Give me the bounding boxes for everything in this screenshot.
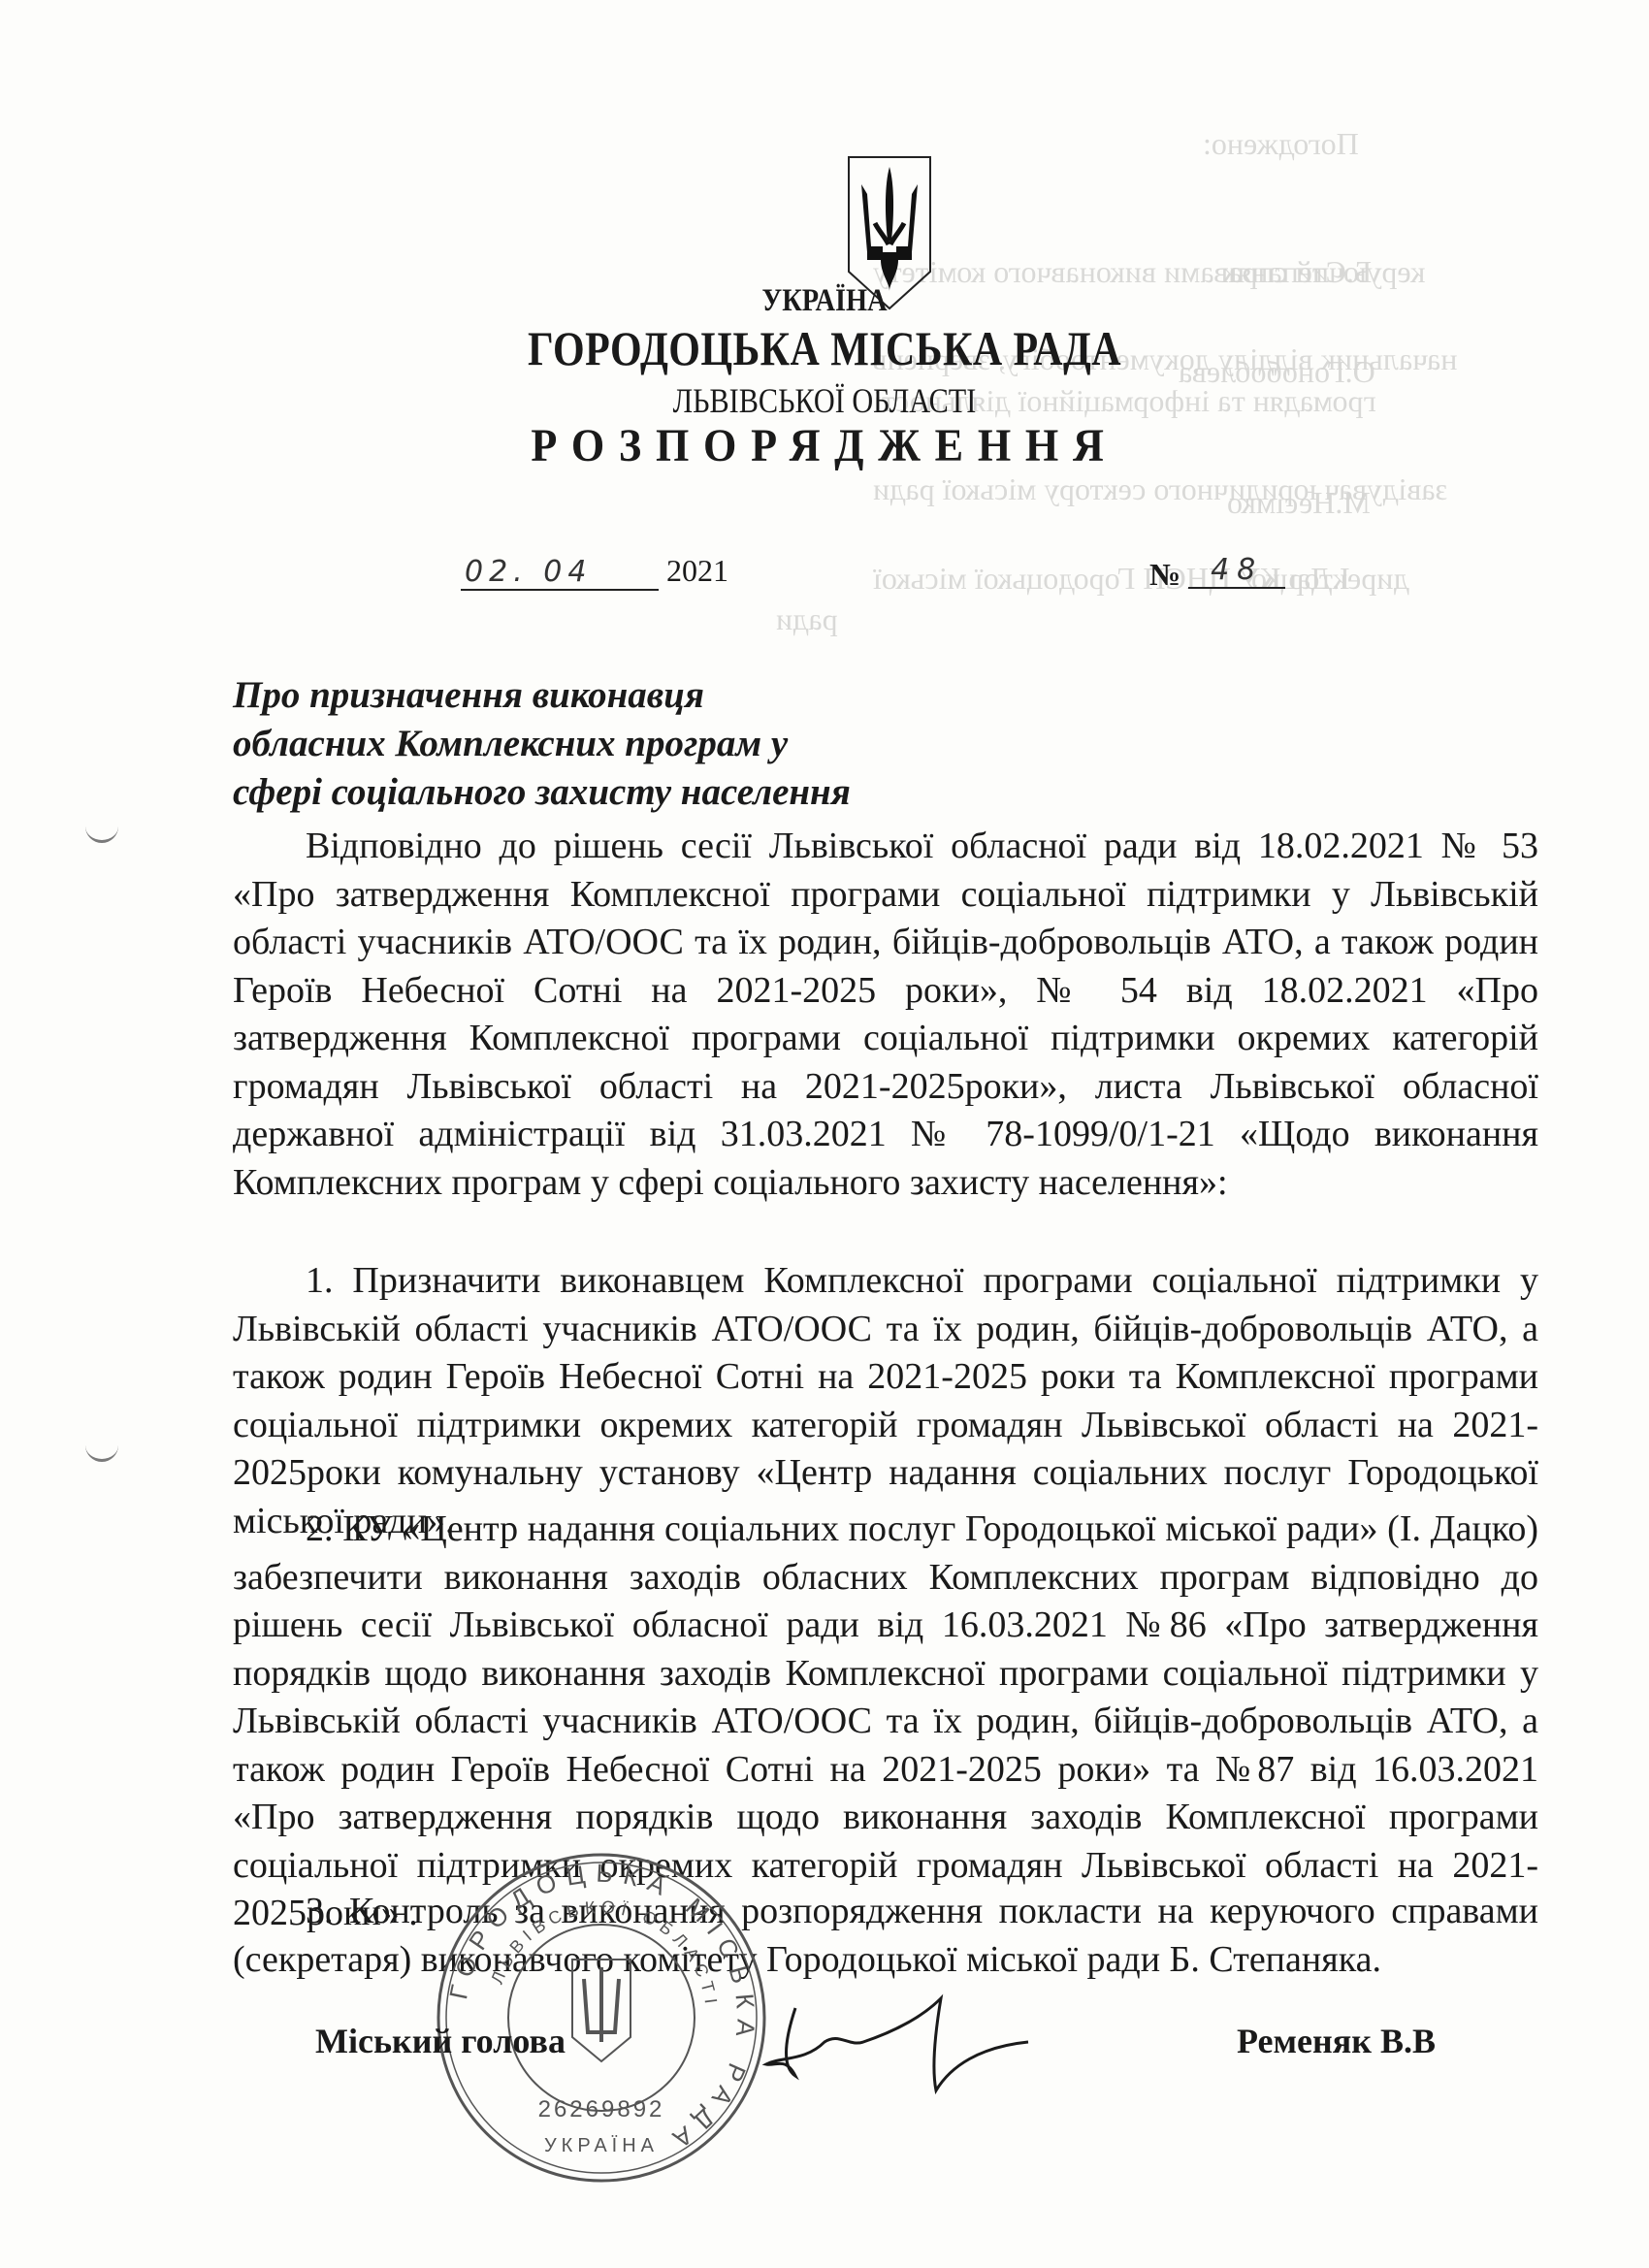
- preamble-paragraph: Відповідно до рішень сесії Львівської об…: [233, 823, 1538, 1207]
- region-title: ЛЬВІВСЬКОЇ ОБЛАСТІ: [132, 380, 1517, 421]
- official-stamp: ГОРОДОЦЬКА МІСЬКА РАДА ЛЬВІВСЬКОЇ ОБЛАСТ…: [427, 1843, 776, 2192]
- handwritten-signature: [757, 1989, 1048, 2095]
- reverse-bleed-text: завідувач юридичного сектору міської рад…: [873, 471, 1447, 507]
- item-1-paragraph: 1. Призначити виконавцем Комплексної про…: [233, 1257, 1538, 1545]
- document-date: 02. 04 2021: [461, 553, 728, 591]
- date-year: 2021: [666, 553, 728, 588]
- punch-hole: [85, 823, 118, 843]
- handwritten-number: 48: [1188, 553, 1285, 589]
- document-number: № 48: [1149, 553, 1285, 593]
- number-label: №: [1149, 557, 1180, 592]
- reverse-bleed-text: директор КУ ЦНСП Городоцької міської: [873, 561, 1409, 597]
- subject-line: Про призначення виконавця: [233, 671, 851, 720]
- signatory-name: Ременяк В.В: [1237, 2021, 1436, 2061]
- svg-text:26269892: 26269892: [538, 2096, 665, 2122]
- document-type-title: РОЗПОРЯДЖЕННЯ: [66, 419, 1583, 472]
- subject-line: обласних Комплексних програм у: [233, 720, 851, 768]
- reverse-bleed-text: ради: [776, 601, 838, 637]
- country-title: УКРАЇНА: [115, 283, 1534, 319]
- svg-text:УКРАЇНА: УКРАЇНА: [544, 2135, 659, 2156]
- document-subject: Про призначення виконавця обласних Компл…: [233, 671, 851, 817]
- handwritten-date: 02. 04: [461, 555, 659, 591]
- council-title: ГОРОДОЦЬКА МІСЬКА РАДА: [132, 320, 1517, 376]
- reverse-bleed-text: Погоджено:: [1203, 126, 1359, 162]
- signatory-title: Міський голова: [315, 2021, 566, 2061]
- document-page: Погоджено: Б.Степаняк керуючий справами …: [0, 0, 1649, 2268]
- punch-hole: [85, 1442, 118, 1462]
- subject-line: сфері соціального захисту населення: [233, 768, 851, 817]
